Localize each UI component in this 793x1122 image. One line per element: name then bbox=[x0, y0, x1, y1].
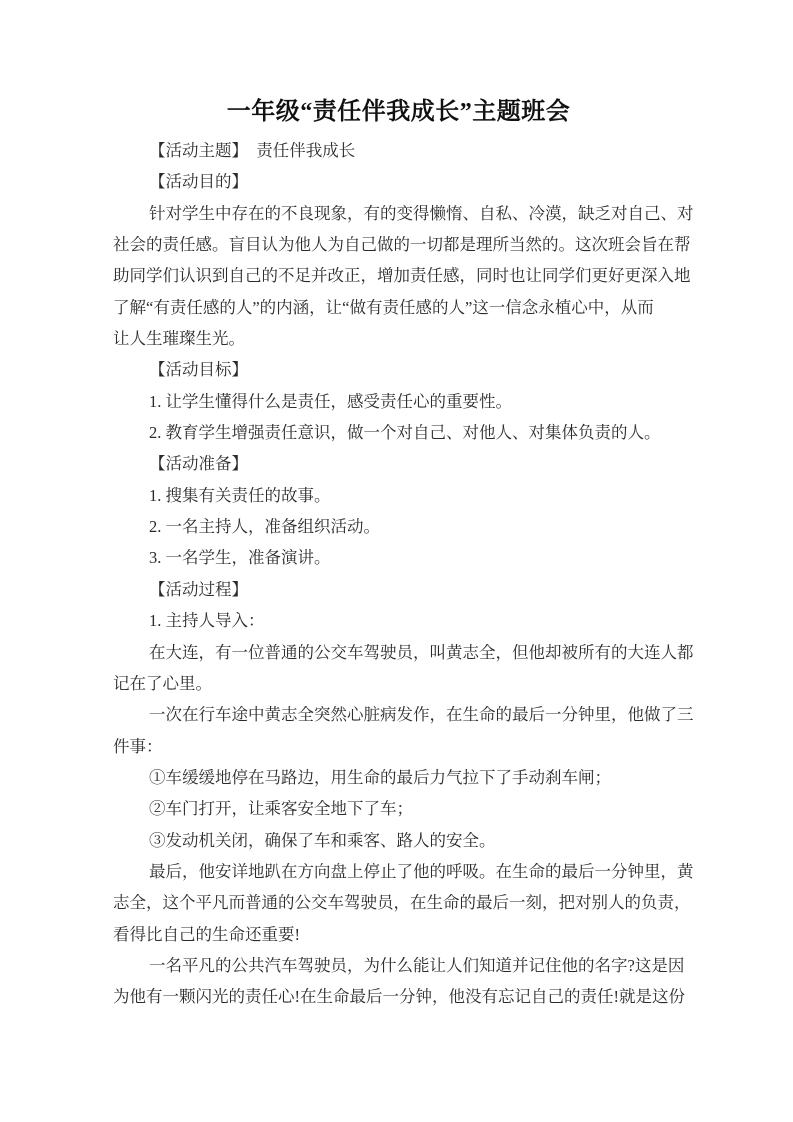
paragraph-line: 为他有一颗闪光的责任心!在生命最后一分钟，他没有忘记自己的责任!就是这份 bbox=[113, 981, 684, 1012]
document-page: 一年级“责任伴我成长”主题班会 【活动主题】 责任伴我成长【活动目的】针对学生中… bbox=[0, 0, 793, 1122]
paragraph-line: 让人生璀璨生光。 bbox=[113, 323, 684, 354]
paragraph-line: 一名平凡的公共汽车驾驶员，为什么能让人们知道并记住他的名字?这是因 bbox=[113, 950, 684, 981]
paragraph-line: 记在了心里。 bbox=[113, 668, 684, 699]
numbered-point-line: ②车门打开，让乘客安全地下了车； bbox=[113, 793, 684, 824]
paragraph-line: 在大连，有一位普通的公交车驾驶员，叫黄志全，但他却被所有的大连人都 bbox=[113, 637, 684, 668]
paragraph-line: 社会的责任感。盲目认为他人为自己做的一切都是理所当然的。这次班会旨在帮 bbox=[113, 229, 684, 260]
subject-line: 【活动主题】 责任伴我成长 bbox=[113, 135, 684, 166]
list-item-line: 2. 一名主持人，准备组织活动。 bbox=[113, 511, 684, 542]
paragraph-line: 了解“有责任感的人”的内涵，让“做有责任感的人”这一信念永植心中，从而 bbox=[113, 292, 684, 323]
paragraph-line: 一次在行车途中黄志全突然心脏病发作，在生命的最后一分钟里，他做了三 bbox=[113, 699, 684, 730]
numbered-point-line: ①车缓缓地停在马路边，用生命的最后力气拉下了手动刹车闸； bbox=[113, 762, 684, 793]
section-header-line: 【活动过程】 bbox=[113, 574, 684, 605]
paragraph-line: 助同学们认识到自己的不足并改正，增加责任感，同时也让同学们更好更深入地 bbox=[113, 260, 684, 291]
document-body: 【活动主题】 责任伴我成长【活动目的】针对学生中存在的不良现象，有的变得懒惰、自… bbox=[113, 135, 684, 1013]
paragraph-line: 针对学生中存在的不良现象，有的变得懒惰、自私、冷漠，缺乏对自己、对 bbox=[113, 198, 684, 229]
section-header-line: 【活动准备】 bbox=[113, 448, 684, 479]
list-item-line: 1. 让学生懂得什么是责任，感受责任心的重要性。 bbox=[113, 386, 684, 417]
list-item-line: 1. 搜集有关责任的故事。 bbox=[113, 480, 684, 511]
numbered-point-line: ③发动机关闭，确保了车和乘客、路人的安全。 bbox=[113, 825, 684, 856]
list-item-line: 1. 主持人导入： bbox=[113, 605, 684, 636]
section-header-line: 【活动目的】 bbox=[113, 166, 684, 197]
list-item-line: 2. 教育学生增强责任意识，做一个对自己、对他人、对集体负责的人。 bbox=[113, 417, 684, 448]
paragraph-line: 看得比自己的生命还重要! bbox=[113, 919, 684, 950]
section-header-line: 【活动目标】 bbox=[113, 354, 684, 385]
paragraph-line: 件事： bbox=[113, 731, 684, 762]
list-item-line: 3. 一名学生，准备演讲。 bbox=[113, 542, 684, 573]
document-title: 一年级“责任伴我成长”主题班会 bbox=[113, 90, 684, 135]
paragraph-line: 志全，这个平凡而普通的公交车驾驶员，在生命的最后一刻，把对别人的负责， bbox=[113, 887, 684, 918]
paragraph-line: 最后，他安详地趴在方向盘上停止了他的呼吸。在生命的最后一分钟里，黄 bbox=[113, 856, 684, 887]
